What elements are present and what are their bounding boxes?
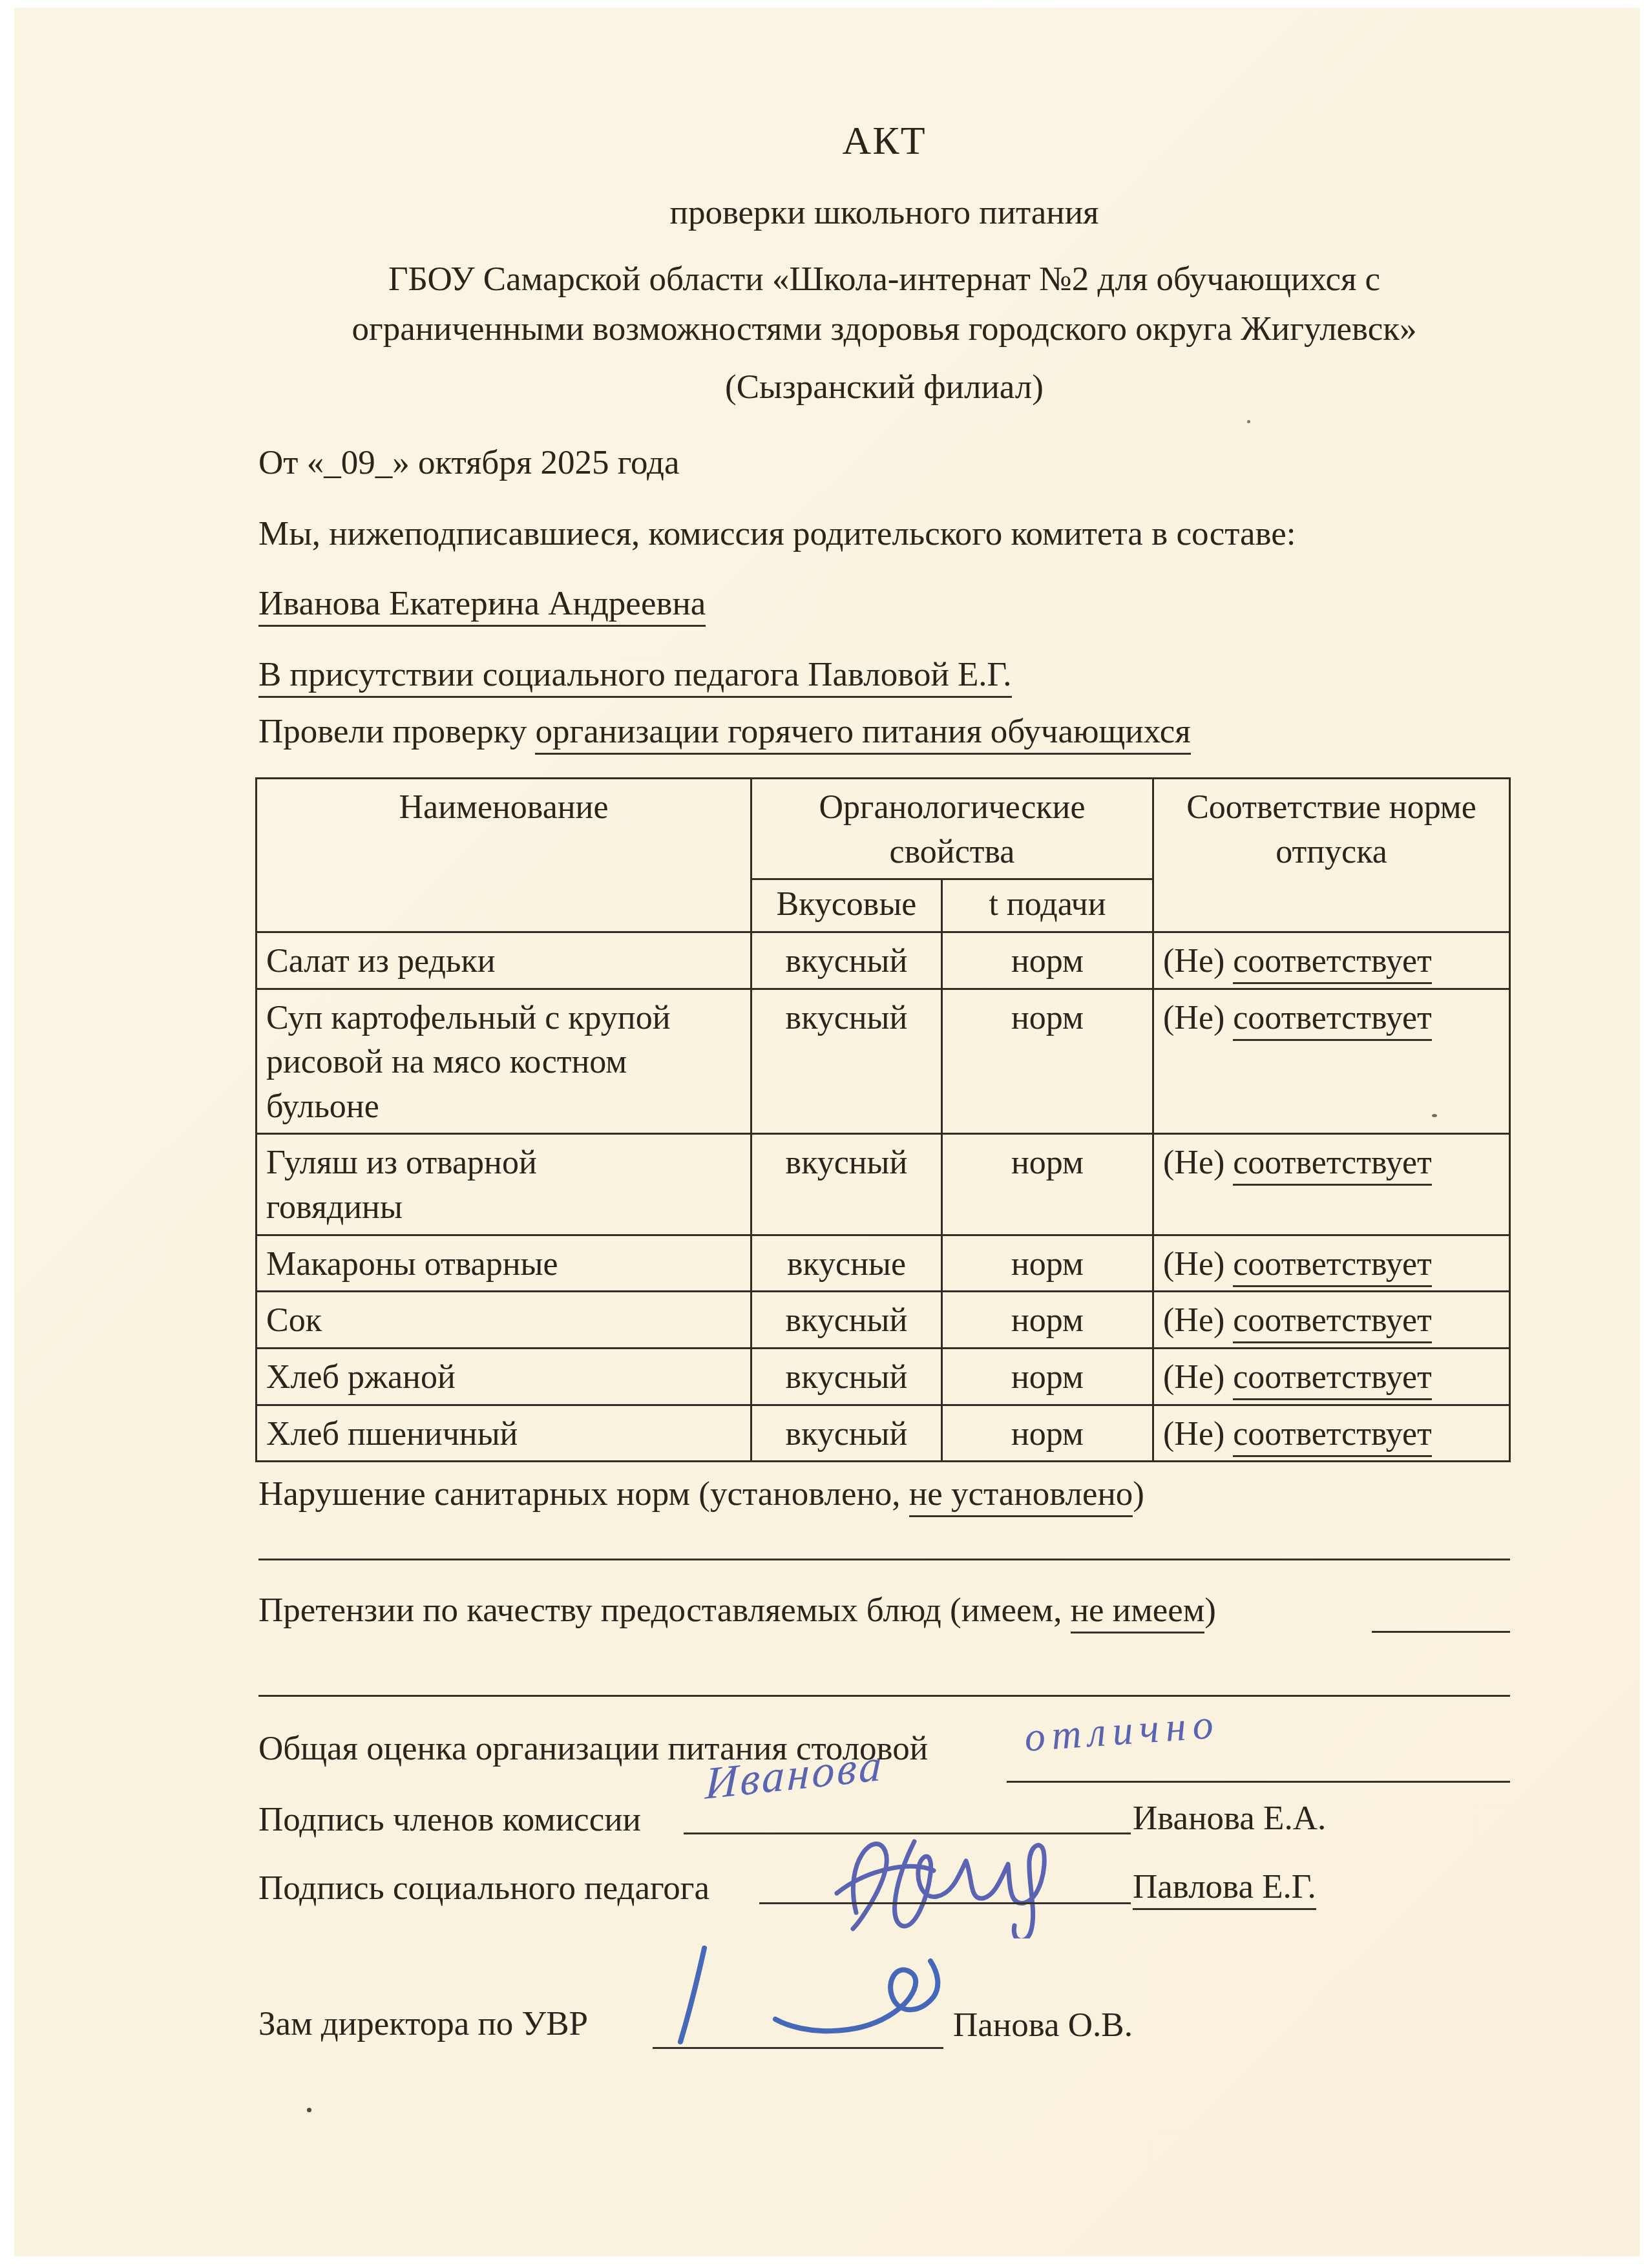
dish-name-cell: Суп картофельный с крупой рисовой на мяс…	[257, 989, 751, 1134]
col-header-compliance: Соответствие норме отпуска	[1153, 779, 1510, 932]
col-header-temp: t подачи	[942, 879, 1153, 932]
temp-cell: норм	[942, 989, 1153, 1134]
sanitary-result: не установлено	[909, 1475, 1133, 1517]
scan-speck	[307, 2108, 311, 2112]
compliance-cell: (Не) соответствует	[1153, 989, 1510, 1134]
taste-cell: вкусный	[751, 1348, 942, 1405]
taste-cell: вкусный	[751, 932, 942, 989]
inspection-table: Наименование Органологические свойства С…	[255, 777, 1511, 1462]
commission-signature-label: Подпись членов комиссии	[258, 1798, 641, 1842]
dish-name-cell: Салат из редьки	[257, 932, 751, 989]
commission-member: Иванова Екатерина Андреевна	[258, 582, 706, 626]
table-row: Хлеб пшеничный вкусный норм (Не) соответ…	[257, 1405, 1510, 1462]
taste-cell: вкусный	[751, 1405, 942, 1462]
document-title: АКТ	[258, 115, 1510, 167]
inspection-line: Провели проверку организации горячего пи…	[258, 709, 1191, 754]
compliance-cell: (Не) соответствует	[1153, 1292, 1510, 1349]
temp-cell: норм	[942, 1292, 1153, 1349]
director-label: Зам директора по УВР	[258, 2002, 588, 2046]
dish-name-cell: Хлеб пшеничный	[257, 1405, 751, 1462]
claims-result: не имеем	[1071, 1591, 1205, 1633]
taste-cell: вкусный	[751, 1134, 942, 1235]
claims-line: Претензии по качеству предоставляемых бл…	[258, 1588, 1216, 1633]
pedagogue-signature-line	[759, 1902, 1131, 1904]
director-printed-name: Панова О.В.	[953, 2003, 1133, 2048]
pedagogue-handwritten-signature	[817, 1822, 1121, 1938]
compliance-cell: (Не) соответствует	[1153, 1405, 1510, 1462]
scan-speck	[1247, 420, 1250, 423]
temp-cell: норм	[942, 1134, 1153, 1235]
pedagogue-printed-name: Павлова Е.Г.	[1133, 1865, 1316, 1909]
presence-line: В присутствии социального педагога Павло…	[258, 653, 1012, 697]
blank-writing-line	[258, 1559, 1510, 1560]
taste-cell: вкусный	[751, 1292, 942, 1349]
scanned-document-page: АКТ проверки школьного питания ГБОУ Сама…	[0, 0, 1649, 2268]
table-row: Салат из редьки вкусный норм (Не) соотве…	[257, 932, 1510, 989]
director-handwritten-signature	[656, 1938, 947, 2052]
sanitary-line: Нарушение санитарных норм (установлено, …	[258, 1472, 1144, 1517]
col-header-organoleptic: Органологические свойства	[751, 779, 1153, 879]
taste-cell: вкусные	[751, 1235, 942, 1292]
table-row: Хлеб ржаной вкусный норм (Не) соответств…	[257, 1348, 1510, 1405]
blank-writing-line	[258, 1695, 1510, 1697]
document-subtitle: проверки школьного питания	[258, 191, 1510, 235]
dish-name-cell: Хлеб ржаной	[257, 1348, 751, 1405]
org-name-line2: ограниченными возможностями здоровья гор…	[258, 307, 1510, 352]
compliance-cell: (Не) соответствует	[1153, 1134, 1510, 1235]
claims-trailing-line	[1372, 1631, 1510, 1633]
branch-line: (Сызранский филиал)	[258, 365, 1510, 410]
compliance-cell: (Не) соответствует	[1153, 1235, 1510, 1292]
org-name-line1: ГБОУ Самарской области «Школа-интернат №…	[258, 257, 1510, 302]
compliance-cell: (Не) соответствует	[1153, 1348, 1510, 1405]
taste-cell: вкусный	[751, 989, 942, 1134]
commission-intro: Мы, нижеподписавшиеся, комиссия родитель…	[258, 512, 1296, 556]
compliance-cell: (Не) соответствует	[1153, 932, 1510, 989]
commission-member-printed-name: Иванова Е.А.	[1133, 1796, 1326, 1841]
dish-name-cell: Макароны отварные	[257, 1235, 751, 1292]
col-header-name: Наименование	[257, 779, 751, 932]
temp-cell: норм	[942, 1235, 1153, 1292]
temp-cell: норм	[942, 1405, 1153, 1462]
temp-cell: норм	[942, 1348, 1153, 1405]
date-line: От «_09_» октября 2025 года	[258, 441, 680, 485]
dish-name-cell: Гуляш из отварной говядины	[257, 1134, 751, 1235]
commission-member-name: Иванова Екатерина Андреевна	[258, 585, 706, 627]
table-row: Сок вкусный норм (Не) соответствует	[257, 1292, 1510, 1349]
table-row: Гуляш из отварной говядины вкусный норм …	[257, 1134, 1510, 1235]
overall-rating-line	[1007, 1781, 1510, 1783]
temp-cell: норм	[942, 932, 1153, 989]
inspection-subject: организации горячего питания обучающихся	[535, 713, 1190, 755]
director-signature-line	[653, 2047, 943, 2049]
col-header-taste: Вкусовые	[751, 879, 942, 932]
table-row: Макароны отварные вкусные норм (Не) соот…	[257, 1235, 1510, 1292]
pedagogue-signature-label: Подпись социального педагога	[258, 1866, 709, 1911]
dish-name-cell: Сок	[257, 1292, 751, 1349]
table-row: Суп картофельный с крупой рисовой на мяс…	[257, 989, 1510, 1134]
